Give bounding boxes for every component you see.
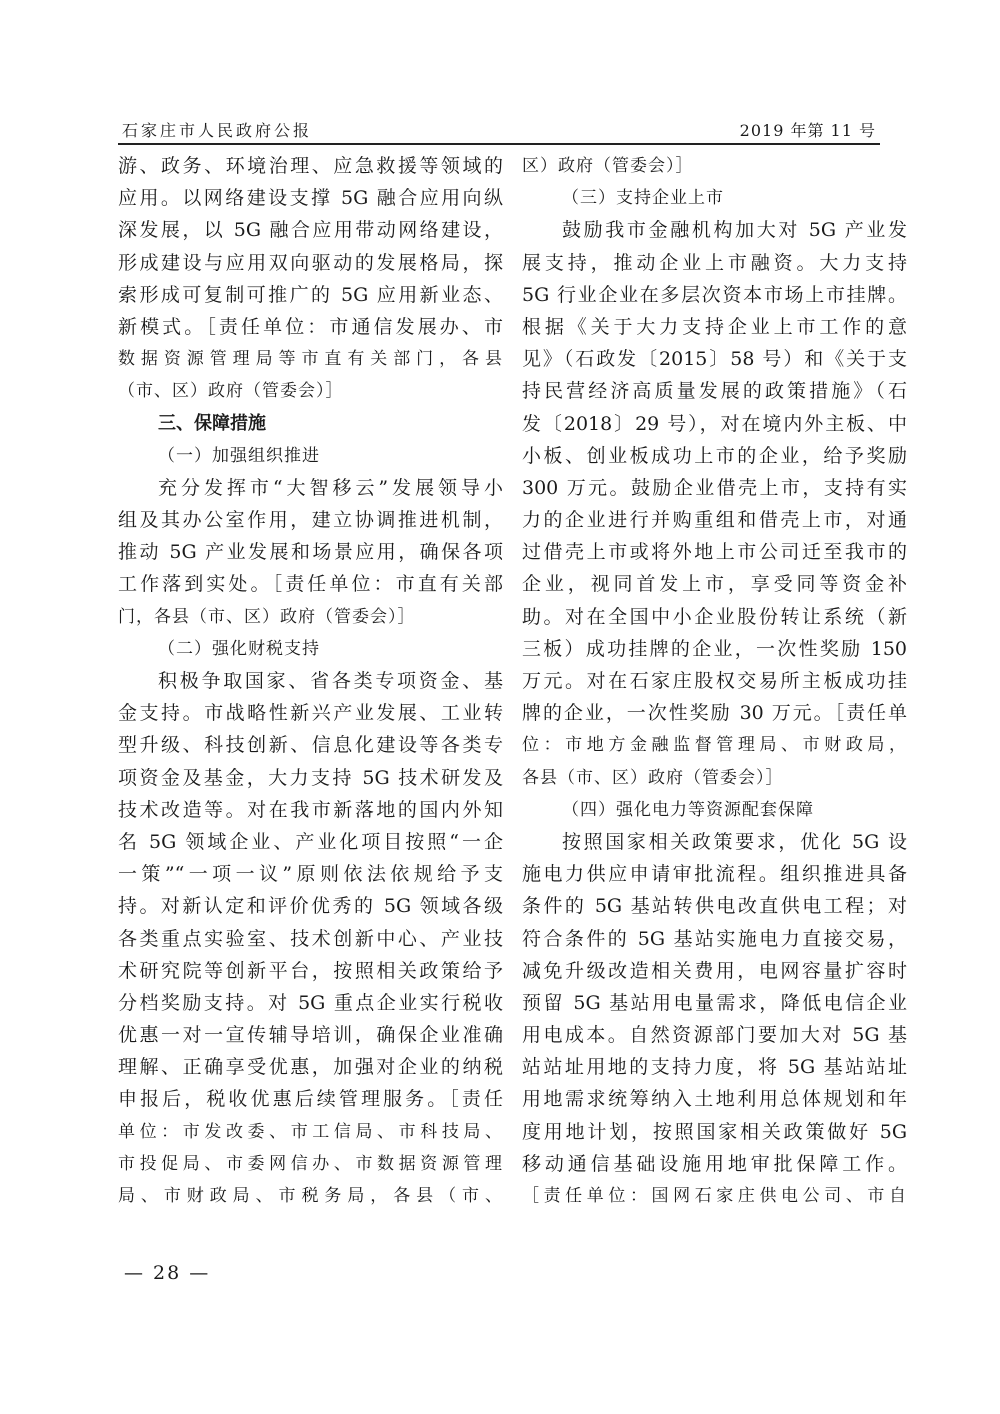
subsection-heading: （四）强化电力等资源配套保障	[522, 794, 907, 826]
section-heading: 三、保障措施	[118, 408, 503, 440]
text-line: 条件的 5G 基站转供电改直供电工程；对	[522, 890, 907, 922]
text-line: 工作落到实处。［责任单位：市直有关部	[118, 568, 503, 600]
text-line: 万元。对在石家庄股权交易所主板成功挂	[522, 665, 907, 697]
text-line: 游、政务、环境治理、应急救援等领域的	[118, 150, 503, 182]
text-line: 数据资源管理局等市直有关部门，各县	[118, 343, 503, 375]
text-line: 申报后，税收优惠后续管理服务。［责任	[118, 1083, 503, 1115]
text-line: 鼓励我市金融机构加大对 5G 产业发	[522, 214, 907, 246]
text-line: 形成建设与应用双向驱动的发展格局，探	[118, 247, 503, 279]
text-line: 充分发挥市“大智移云”发展领导小	[118, 472, 503, 504]
text-line: 牌的企业，一次性奖励 30 万元。［责任单	[522, 697, 907, 729]
text-line: 持。对新认定和评价优秀的 5G 领域各级	[118, 890, 503, 922]
text-line: 项资金及基金，大力支持 5G 技术研发及	[118, 762, 503, 794]
text-line: 移动通信基础设施用地审批保障工作。	[522, 1148, 907, 1180]
text-line: 新模式。［责任单位：市通信发展办、市	[118, 311, 503, 343]
text-line: 组及其办公室作用，建立协调推进机制，	[118, 504, 503, 536]
text-line: 按照国家相关政策要求，优化 5G 设	[522, 826, 907, 858]
subsection-heading: （二）强化财税支持	[118, 633, 503, 665]
text-line: （市、区）政府（管委会）］	[118, 375, 503, 407]
text-line: 过借壳上市或将外地上市公司迁至我市的	[522, 536, 907, 568]
text-line: 单位：市发改委、市工信局、市科技局、	[118, 1116, 503, 1148]
text-line: 300 万元。鼓励企业借壳上市，支持有实	[522, 472, 907, 504]
text-line: 市投促局、市委网信办、市数据资源管理	[118, 1148, 503, 1180]
text-line: 索形成可复制可推广的 5G 应用新业态、	[118, 279, 503, 311]
text-line: 一策”“一项一议”原则依法依规给予支	[118, 858, 503, 890]
text-line: 积极争取国家、省各类专项资金、基	[118, 665, 503, 697]
page-number: — 28 —	[124, 1262, 210, 1284]
text-line: 用地需求统筹纳入土地利用总体规划和年	[522, 1083, 907, 1115]
text-line: 深发展，以 5G 融合应用带动网络建设，	[118, 214, 503, 246]
text-line: 企业，视同首发上市，享受同等资金补	[522, 568, 907, 600]
text-line: 优惠一对一宣传辅导培训，确保企业准确	[118, 1019, 503, 1051]
subsection-heading: （一）加强组织推进	[118, 440, 503, 472]
text-line: 名 5G 领域企业、产业化项目按照“一企	[118, 826, 503, 858]
text-line: 5G 行业企业在多层次资本市场上市挂牌。	[522, 279, 907, 311]
text-line: ［责任单位：国网石家庄供电公司、市自	[522, 1180, 907, 1212]
text-line: 各类重点实验室、技术创新中心、产业技	[118, 923, 503, 955]
text-line: 区）政府（管委会）］	[522, 150, 907, 182]
text-line: 应用。以网络建设支撑 5G 融合应用向纵	[118, 182, 503, 214]
text-line: 局、市财政局、市税务局，各县（市、	[118, 1180, 503, 1212]
header-rule	[118, 143, 880, 145]
text-line: 推动 5G 产业发展和场景应用，确保各项	[118, 536, 503, 568]
text-line: 预留 5G 基站用电量需求，降低电信企业	[522, 987, 907, 1019]
text-line: 金支持。市战略性新兴产业发展、工业转	[118, 697, 503, 729]
subsection-heading: （三）支持企业上市	[522, 182, 907, 214]
text-line: 度用地计划，按照国家相关政策做好 5G	[522, 1116, 907, 1148]
text-line: 施电力供应申请审批流程。组织推进具备	[522, 858, 907, 890]
text-line: 门，各县（市、区）政府（管委会）］	[118, 601, 503, 633]
publication-title: 石家庄市人民政府公报	[122, 118, 312, 141]
text-line: 站站址用地的支持力度，将 5G 基站站址	[522, 1051, 907, 1083]
text-line: 型升级、科技创新、信息化建设等各类专	[118, 729, 503, 761]
left-column: 游、政务、环境治理、应急救援等领域的 应用。以网络建设支撑 5G 融合应用向纵 …	[118, 150, 503, 1212]
text-line: 小板、创业板成功上市的企业，给予奖励	[522, 440, 907, 472]
text-line: 符合条件的 5G 基站实施电力直接交易，	[522, 923, 907, 955]
text-line: 持民营经济高质量发展的政策措施》（石	[522, 375, 907, 407]
issue-number: 2019 年第 11 号	[740, 118, 876, 141]
text-line: 展支持，推动企业上市融资。大力支持	[522, 247, 907, 279]
text-line: 各县（市、区）政府（管委会）］	[522, 762, 907, 794]
text-line: 发〔2018〕29 号），对在境内外主板、中	[522, 408, 907, 440]
text-line: 见》（石政发〔2015〕58 号）和《关于支	[522, 343, 907, 375]
text-line: 术研究院等创新平台，按照相关政策给予	[118, 955, 503, 987]
text-line: 三板）成功挂牌的企业，一次性奖励 150	[522, 633, 907, 665]
right-column: 区）政府（管委会）］ （三）支持企业上市 鼓励我市金融机构加大对 5G 产业发 …	[522, 150, 907, 1212]
text-line: 用电成本。自然资源部门要加大对 5G 基	[522, 1019, 907, 1051]
text-line: 助。对在全国中小企业股份转让系统（新	[522, 601, 907, 633]
text-line: 根据《关于大力支持企业上市工作的意	[522, 311, 907, 343]
text-line: 理解、正确享受优惠，加强对企业的纳税	[118, 1051, 503, 1083]
text-line: 分档奖励支持。对 5G 重点企业实行税收	[118, 987, 503, 1019]
text-line: 力的企业进行并购重组和借壳上市，对通	[522, 504, 907, 536]
text-line: 位：市地方金融监督管理局、市财政局，	[522, 729, 907, 761]
text-line: 技术改造等。对在我市新落地的国内外知	[118, 794, 503, 826]
page-header: 石家庄市人民政府公报 2019 年第 11 号	[118, 118, 880, 142]
text-line: 减免升级改造相关费用，电网容量扩容时	[522, 955, 907, 987]
